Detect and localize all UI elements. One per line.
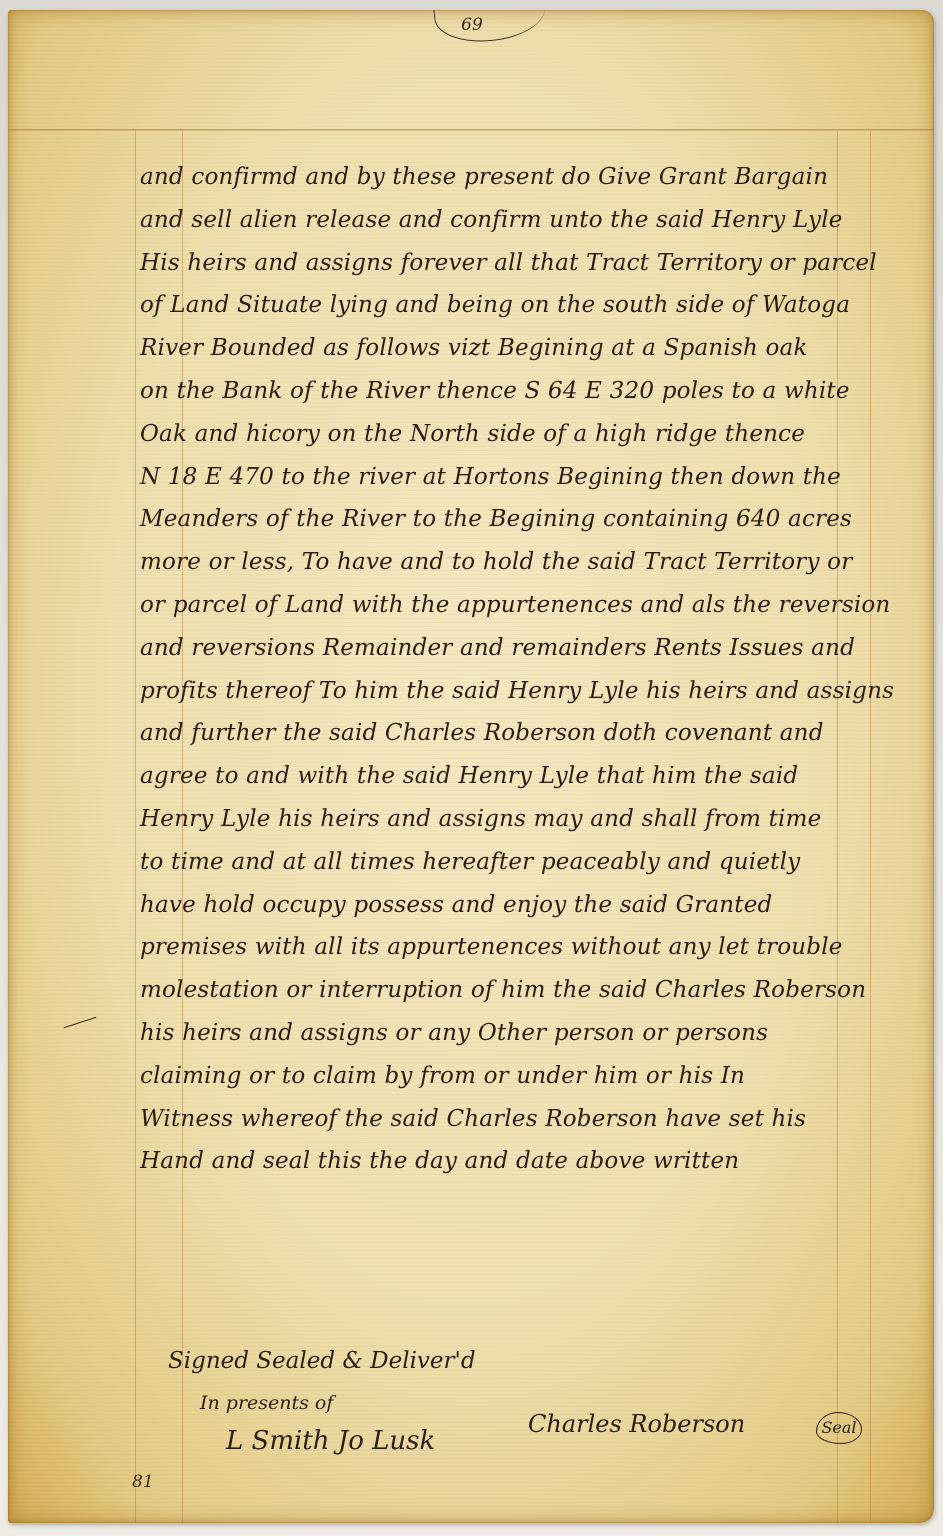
body-line: agree to and with the said Henry Lyle th… — [140, 755, 930, 798]
body-line: and reversions Remainder and remainders … — [140, 627, 930, 670]
grantor-signature: Charles Roberson — [528, 1410, 745, 1438]
left-margin-line-outer — [135, 130, 136, 1523]
body-line: of Land Situate lying and being on the s… — [140, 284, 930, 327]
body-line: on the Bank of the River thence S 64 E 3… — [140, 370, 930, 413]
body-line: Witness whereof the said Charles Roberso… — [140, 1098, 930, 1141]
body-line: His heirs and assigns forever all that T… — [140, 242, 930, 285]
body-line: N 18 E 470 to the river at Hortons Begin… — [140, 456, 930, 499]
body-line: and confirmd and by these present do Giv… — [140, 156, 930, 199]
body-line: profits thereof To him the said Henry Ly… — [140, 670, 930, 713]
page-number: 69 — [435, 14, 545, 42]
body-line: and further the said Charles Roberson do… — [140, 712, 930, 755]
body-line: more or less, To have and to hold the sa… — [140, 541, 930, 584]
witness-signatures: L Smith Jo Lusk — [226, 1426, 435, 1456]
body-line: Henry Lyle his heirs and assigns may and… — [140, 798, 930, 841]
body-line: and sell alien release and confirm unto … — [140, 199, 930, 242]
body-line: have hold occupy possess and enjoy the s… — [140, 884, 930, 927]
deed-body-text: and confirmd and by these present do Giv… — [140, 156, 930, 1183]
body-line: or parcel of Land with the appurtenences… — [140, 584, 930, 627]
body-line: premises with all its appurtenences with… — [140, 926, 930, 969]
manuscript-page: 69 and confirmd and by these present do … — [8, 10, 934, 1523]
body-line: claiming or to claim by from or under hi… — [140, 1055, 930, 1098]
folio-mark: 81 — [132, 1472, 154, 1492]
witness-presence-label: In presents of — [200, 1392, 333, 1414]
body-line: Meanders of the River to the Begining co… — [140, 498, 930, 541]
attestation-clause: Signed Sealed & Deliver'd — [168, 1348, 476, 1374]
body-line: his heirs and assigns or any Other perso… — [140, 1012, 930, 1055]
scanned-page: 69 and confirmd and by these present do … — [0, 0, 943, 1536]
body-line: to time and at all times hereafter peace… — [140, 841, 930, 884]
page-number-oval-flourish — [433, 10, 547, 47]
seal-mark: Seal — [816, 1412, 862, 1444]
header-rule-line — [8, 129, 934, 131]
body-line: molestation or interruption of him the s… — [140, 969, 930, 1012]
body-line: River Bounded as follows vizt Begining a… — [140, 327, 930, 370]
body-line: Oak and hicory on the North side of a hi… — [140, 413, 930, 456]
body-line: Hand and seal this the day and date abov… — [140, 1140, 930, 1183]
margin-dash-mark — [64, 1017, 97, 1028]
